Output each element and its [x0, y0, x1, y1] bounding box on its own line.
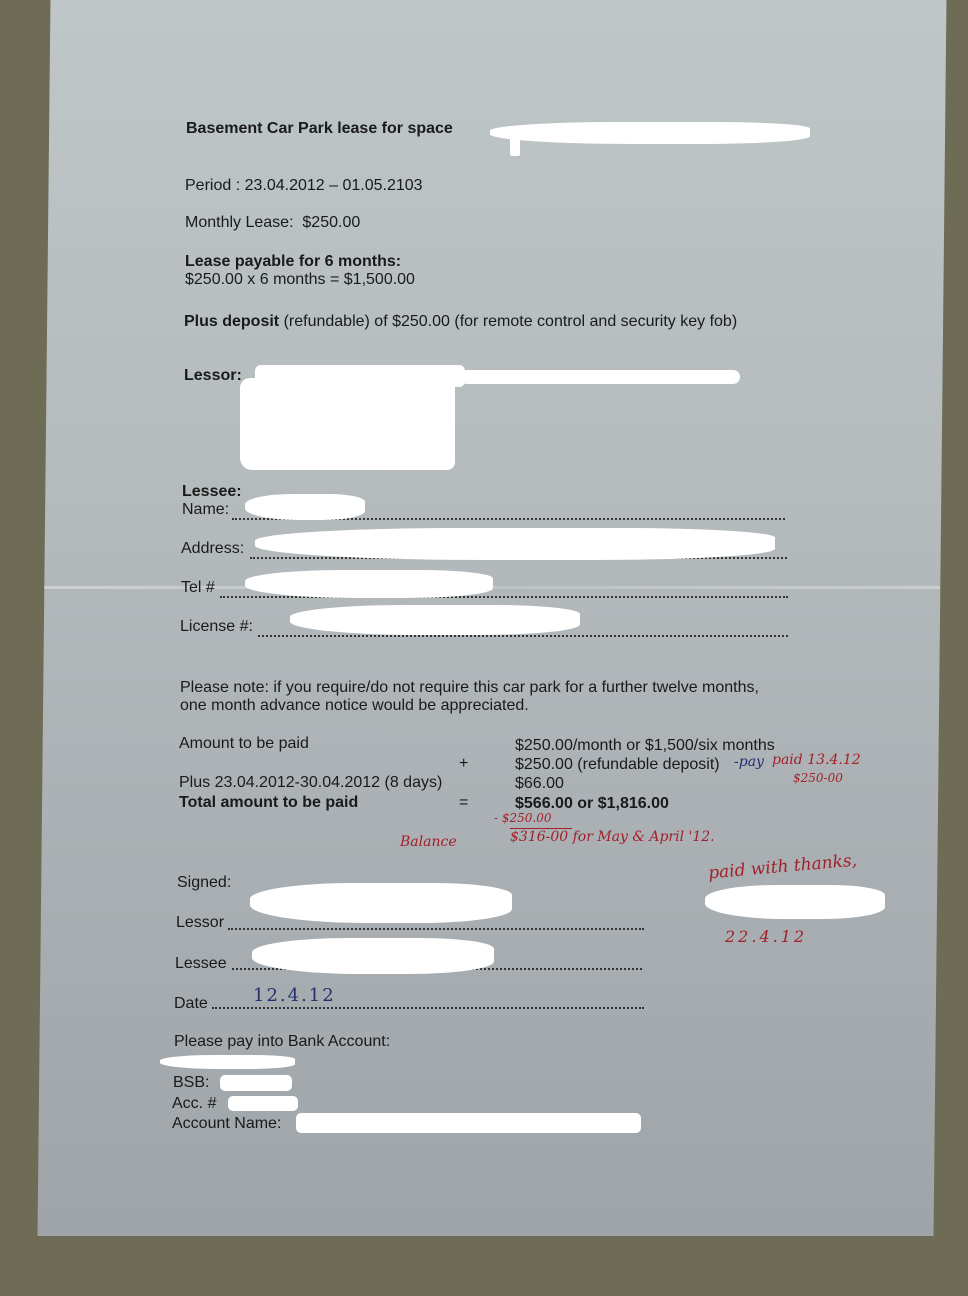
handwritten-balance-value: $316-00 for May & April '12.: [510, 829, 715, 845]
period: Period : 23.04.2012 – 01.05.2103: [185, 177, 423, 195]
redaction: [296, 1113, 641, 1133]
document-title: Basement Car Park lease for space: [186, 120, 453, 138]
lessee-name-label: Name:: [182, 501, 229, 519]
handwritten-signed-date: 12.4.12: [253, 985, 336, 1006]
redaction: [245, 494, 365, 520]
note-line-2: one month advance notice would be apprec…: [180, 697, 529, 715]
redaction: [220, 1075, 292, 1091]
lessee-tel-label: Tel #: [181, 579, 215, 597]
signed-label: Signed:: [177, 874, 231, 892]
redaction: [252, 938, 494, 974]
lease-payable-calc: $250.00 x 6 months = $1,500.00: [185, 271, 415, 289]
lessee-heading: Lessee:: [182, 483, 242, 501]
handwritten-minus: - $250.00: [494, 811, 552, 825]
period-label: Period :: [185, 177, 240, 194]
lessor-label: Lessor:: [184, 367, 242, 385]
deposit-line: Plus deposit (refundable) of $250.00 (fo…: [184, 313, 737, 331]
monthly-lease-value: $250.00: [302, 214, 360, 231]
amount-row2-op: +: [459, 755, 468, 773]
redaction: [290, 605, 580, 635]
lease-payable-heading: Lease payable for 6 months:: [185, 253, 401, 271]
redaction: [245, 570, 493, 598]
deposit-bold: Plus deposit: [184, 313, 279, 330]
amount-row3-label: Plus 23.04.2012-30.04.2012 (8 days): [179, 774, 442, 792]
redaction: [228, 1096, 298, 1111]
handwritten-paid: paid 13.4.12: [772, 752, 861, 768]
handwritten-balance-label: Balance: [400, 834, 457, 850]
bsb-label: BSB:: [173, 1074, 209, 1092]
handwritten-paid-amount: $250-00: [793, 771, 843, 785]
amount-row1-label: Amount to be paid: [179, 735, 309, 753]
total-op: =: [459, 794, 468, 812]
redaction: [705, 885, 885, 919]
lessor-sign-line: [228, 928, 644, 930]
note-line-1: Please note: if you require/do not requi…: [180, 679, 759, 697]
amount-row3-value: $66.00: [515, 775, 564, 793]
redaction: [255, 528, 775, 560]
redaction: [510, 138, 520, 156]
acc-label: Acc. #: [172, 1095, 216, 1113]
account-name-label: Account Name:: [172, 1115, 281, 1133]
lessor-sign-label: Lessor: [176, 914, 224, 932]
lessee-address-label: Address:: [181, 540, 244, 558]
period-value: 23.04.2012 – 01.05.2103: [245, 177, 423, 194]
lessee-license-line: [258, 635, 788, 637]
date-line: [212, 1007, 644, 1009]
total-label: Total amount to be paid: [179, 794, 358, 812]
redaction: [490, 122, 810, 144]
amount-row1-value: $250.00/month or $1,500/six months: [515, 737, 775, 755]
handwritten-paid-date: 22.4.12: [725, 927, 807, 946]
redaction: [240, 378, 455, 470]
monthly-lease-label: Monthly Lease:: [185, 214, 294, 231]
amount-row2-value: $250.00 (refundable deposit): [515, 756, 720, 774]
date-label: Date: [174, 995, 208, 1013]
lessee-license-label: License #:: [180, 618, 253, 636]
bank-heading: Please pay into Bank Account:: [174, 1033, 390, 1051]
monthly-lease: Monthly Lease: $250.00: [185, 214, 360, 232]
redaction: [460, 370, 740, 384]
lessee-sign-label: Lessee: [175, 955, 227, 973]
redaction: [250, 883, 512, 923]
redaction: [160, 1055, 295, 1069]
handwritten-pay: -pay: [734, 754, 764, 770]
deposit-rest: (refundable) of $250.00 (for remote cont…: [284, 313, 738, 330]
